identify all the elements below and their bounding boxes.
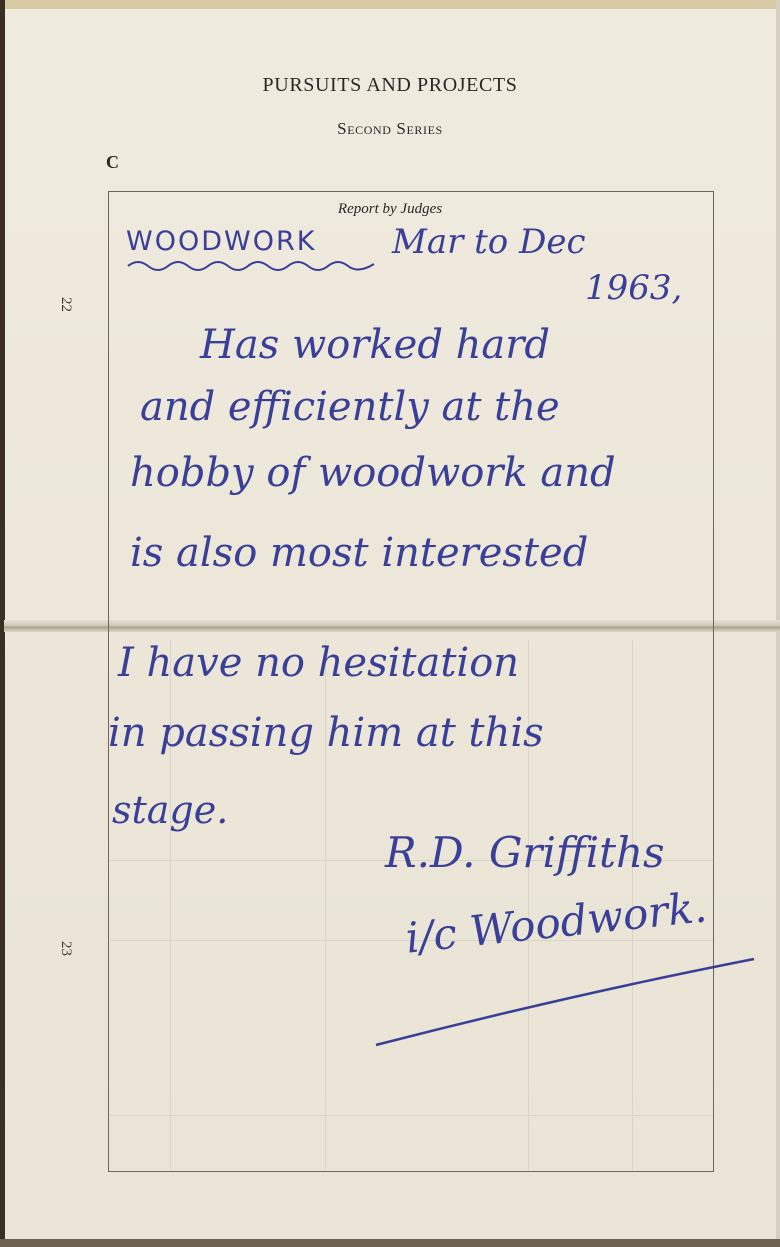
handwritten-line: hobby of woodwork and [130, 450, 616, 496]
section-letter: C [106, 152, 119, 173]
wavy-underline-icon [126, 258, 376, 272]
handwritten-date-range: Mar to Dec [392, 222, 586, 262]
handwritten-line: and efficiently at the [140, 384, 560, 430]
signature-underline-icon [370, 955, 760, 1055]
handwritten-line: I have no hesitation [118, 640, 519, 686]
page-top-edge [0, 0, 780, 9]
handwritten-line: in passing him at this [108, 710, 544, 756]
document-subtitle: Second Series [0, 119, 780, 139]
handwritten-line: Has worked hard [200, 322, 550, 368]
report-caption: Report by Judges [0, 201, 780, 218]
page-number-lower: 23 [57, 941, 74, 956]
handwritten-line: stage. [112, 788, 228, 832]
page-number-upper: 22 [57, 297, 74, 312]
handwritten-year: 1963, [585, 268, 682, 308]
handwritten-line: is also most interested [130, 530, 588, 576]
page-bottom-edge [0, 1239, 780, 1247]
handwritten-signature: R.D. Griffiths [385, 828, 665, 877]
handwritten-subject: WOODWORK [126, 226, 316, 257]
document-title: PURSUITS AND PROJECTS [0, 74, 780, 97]
